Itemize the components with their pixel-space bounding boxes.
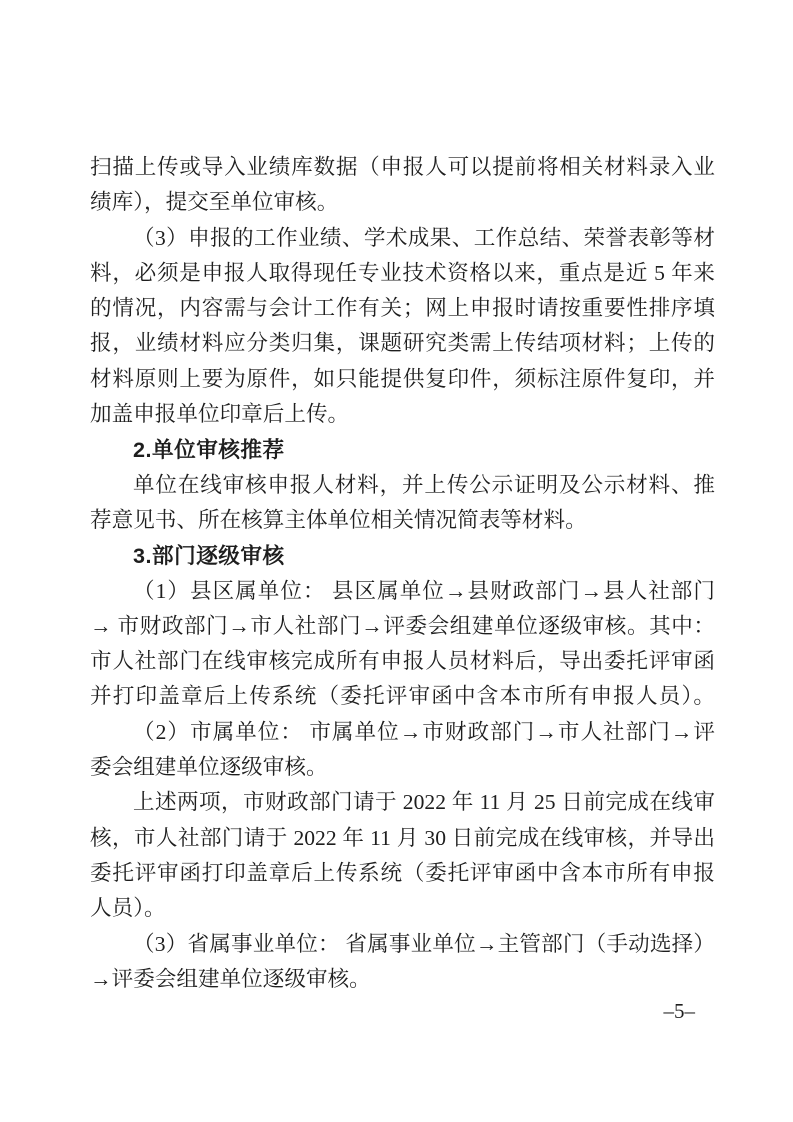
text-line: 委托评审函打印盖章后上传系统（委托评审函中含本市所有申报	[90, 856, 715, 891]
text-line: 上述两项，市财政部门请于 2022 年 11 月 25 日前完成在线审	[90, 785, 715, 820]
document-page: 扫描上传或导入业绩库数据（申报人可以提前将相关材料录入业绩库），提交至单位审核。…	[0, 0, 793, 1122]
text-block: 扫描上传或导入业绩库数据（申报人可以提前将相关材料录入业绩库），提交至单位审核。…	[90, 150, 715, 997]
text-line: 单位在线审核申报人材料，并上传公示证明及公示材料、推	[90, 468, 715, 503]
page-number: –5–	[664, 998, 696, 1024]
text-line: 并打印盖章后上传系统（委托评审函中含本市所有申报人员）。	[90, 679, 715, 714]
heading-line: 3.部门逐级审核	[90, 538, 715, 573]
text-line: 加盖申报单位印章后上传。	[90, 397, 715, 432]
text-line: 荐意见书、所在核算主体单位相关情况简表等材料。	[90, 503, 715, 538]
heading-line: 2.单位审核推荐	[90, 432, 715, 467]
text-line: 报，业绩材料应分类归集，课题研究类需上传结项材料；上传的	[90, 326, 715, 361]
text-line: （1）县区属单位： 县区属单位→县财政部门→县人社部门	[90, 574, 715, 609]
text-line: →评委会组建单位逐级审核。	[90, 962, 715, 997]
text-line: 材料原则上要为原件，如只能提供复印件，须标注原件复印，并	[90, 362, 715, 397]
text-line: 人员）。	[90, 891, 715, 926]
text-line: （2）市属单位： 市属单位→市财政部门→市人社部门→评	[90, 715, 715, 750]
text-line: 料，必须是申报人取得现任专业技术资格以来，重点是近 5 年来	[90, 256, 715, 291]
text-line: 绩库），提交至单位审核。	[90, 185, 715, 220]
text-line: 扫描上传或导入业绩库数据（申报人可以提前将相关材料录入业	[90, 150, 715, 185]
text-line: 委会组建单位逐级审核。	[90, 750, 715, 785]
text-line: （3）省属事业单位： 省属事业单位→主管部门（手动选择）	[90, 927, 715, 962]
text-line: 的情况，内容需与会计工作有关；网上申报时请按重要性排序填	[90, 291, 715, 326]
text-line: （3）申报的工作业绩、学术成果、工作总结、荣誉表彰等材	[90, 221, 715, 256]
text-line: → 市财政部门→市人社部门→评委会组建单位逐级审核。其中：	[90, 609, 715, 644]
text-line: 市人社部门在线审核完成所有申报人员材料后，导出委托评审函	[90, 644, 715, 679]
text-line: 核，市人社部门请于 2022 年 11 月 30 日前完成在线审核，并导出	[90, 821, 715, 856]
